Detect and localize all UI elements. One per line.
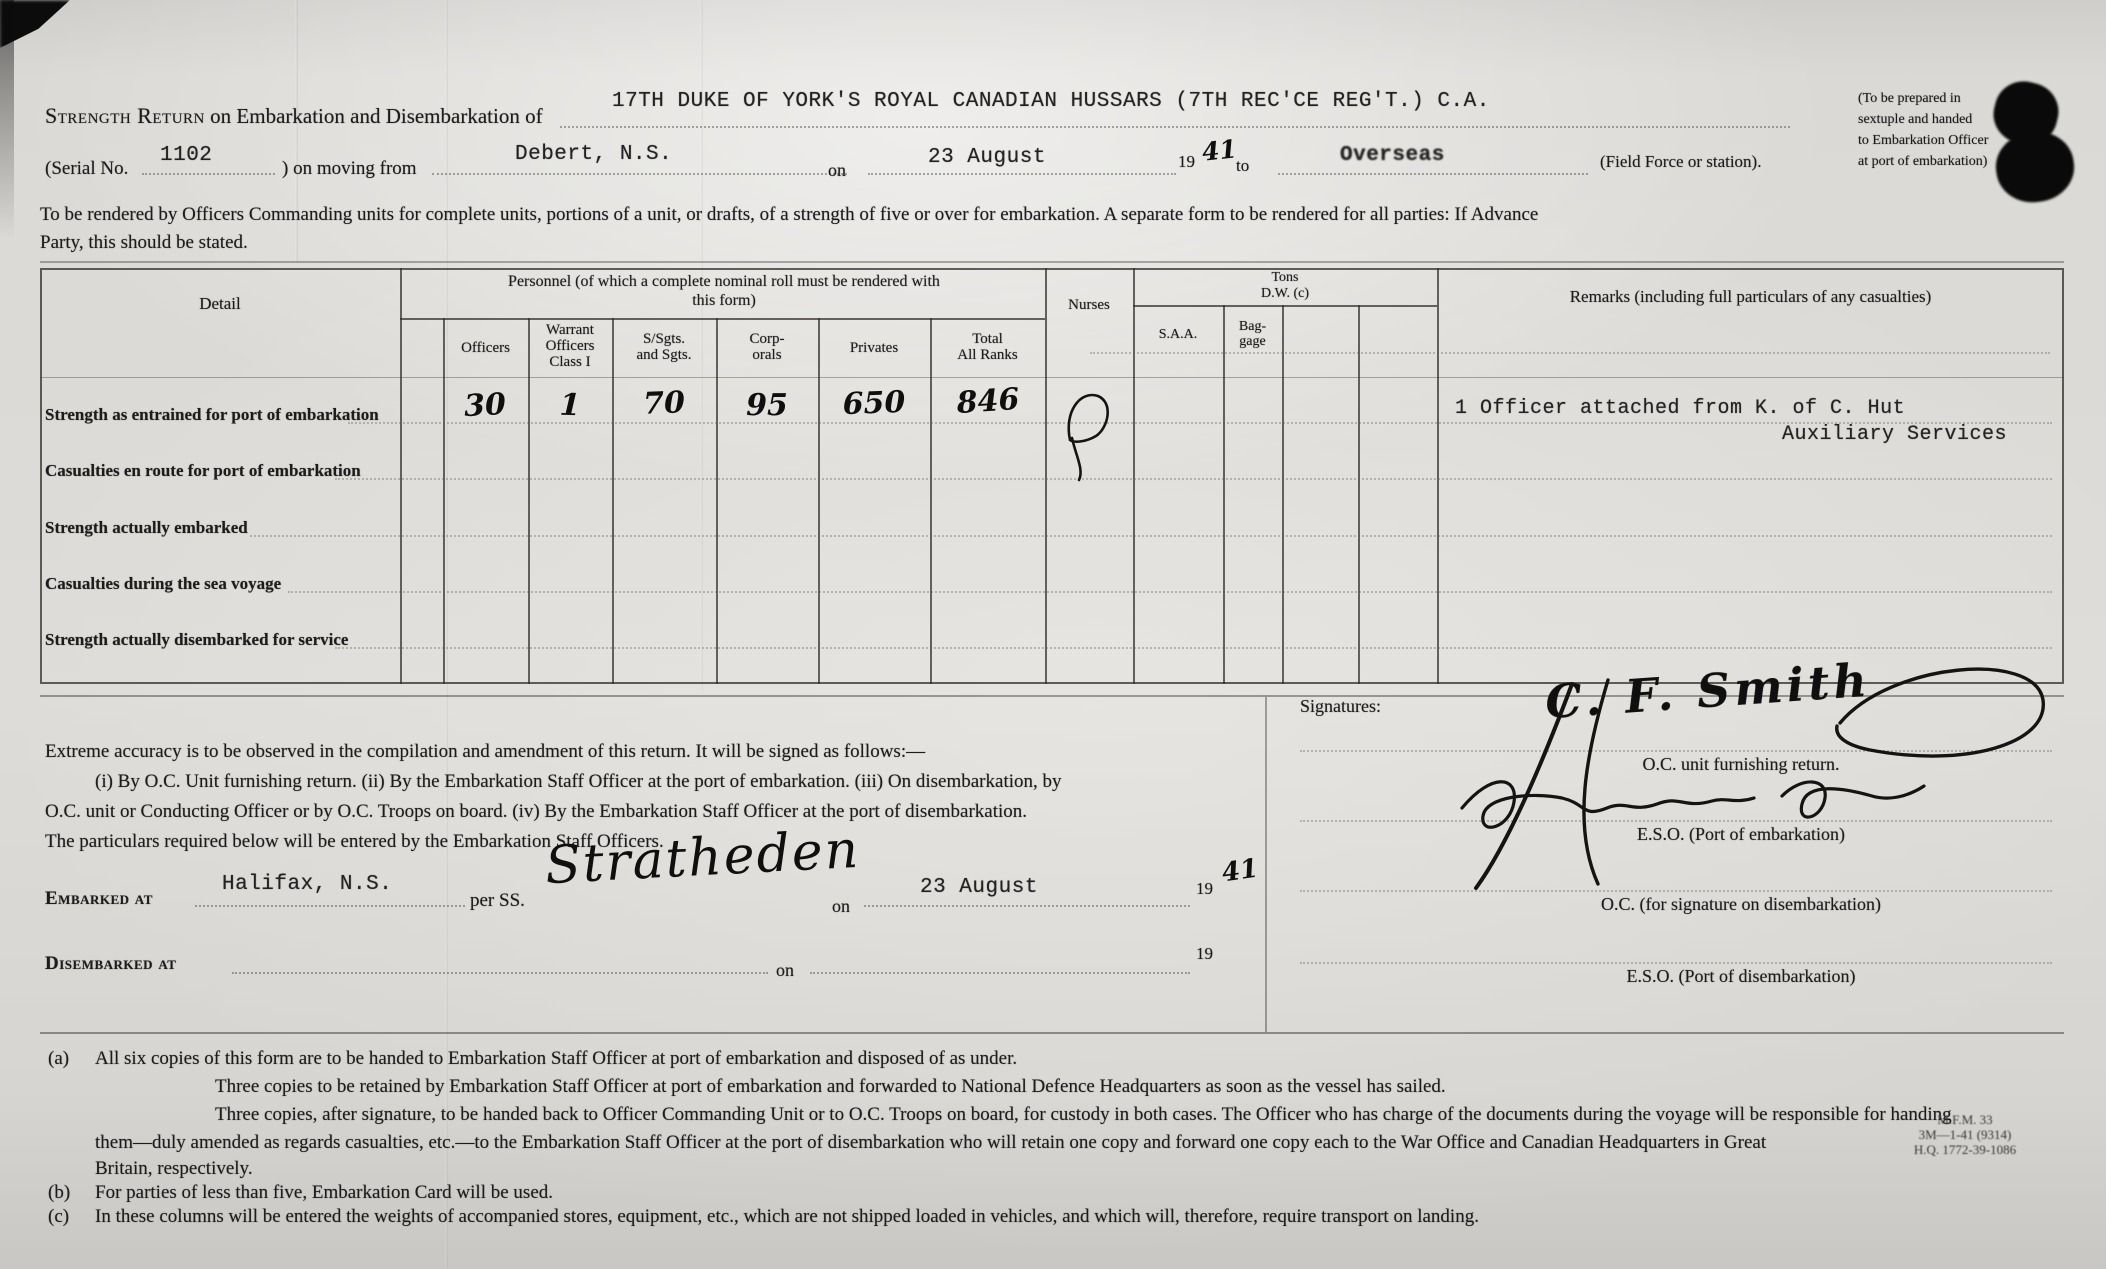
value-corporals: 95 <box>727 388 807 423</box>
detail-header: Detail <box>40 294 400 314</box>
footnote-c-label: (c) <box>48 1206 69 1228</box>
footnote-a-line3: Three copies, after signature, to be han… <box>215 1104 2055 1126</box>
col-header-warrant-officers: Warrant Officers Class I <box>528 322 612 370</box>
signatures-divider <box>1265 697 1267 1032</box>
signature-caption-oc-disembarkation: O.C. (for signature on disembarkation) <box>1430 894 2052 915</box>
footnote-c-line: In these columns will be entered the wei… <box>95 1206 2055 1228</box>
destination-value: Overseas <box>1340 144 1445 167</box>
prepared-note-line: to Embarkation Officer <box>1858 130 2063 151</box>
footnote-b-line: For parties of less than five, Embarkati… <box>95 1182 553 1204</box>
table-line <box>930 318 932 684</box>
value-privates: 650 <box>823 384 924 422</box>
strength-return-form-scan: (To be prepared in sextuple and handed t… <box>0 0 2106 1269</box>
form-imprint: M.F.M. 33 3M—1-41 (9314) H.Q. 1772-39-10… <box>1870 1112 2060 1157</box>
fill-rule <box>868 173 1176 175</box>
decorative-element <box>1069 395 1108 442</box>
row-leader <box>335 478 2052 480</box>
table-line <box>1358 305 1360 684</box>
decorative-element <box>1584 680 1608 884</box>
col-header-officers: Officers <box>443 340 528 356</box>
value-total-all-ranks: 846 <box>937 381 1039 423</box>
scan-edge-shading <box>0 0 14 240</box>
footnote-a-line1: All six copies of this form are to be ha… <box>95 1048 2055 1070</box>
instructions-line1: To be rendered by Officers Commanding un… <box>40 204 1680 226</box>
fill-rule <box>142 173 275 175</box>
embarked-on-label: on <box>832 896 850 917</box>
table-line <box>716 318 718 684</box>
moving-from-value: Debert, N.S. <box>515 143 672 166</box>
moving-from-label: ) on moving from <box>282 158 417 180</box>
instructions-line2: Party, this should be stated. <box>40 232 248 254</box>
saa-header: S.A.A. <box>1133 327 1223 343</box>
table-line <box>1045 268 1047 684</box>
baggage-header: Bag- gage <box>1223 319 1282 349</box>
decorative-element <box>1072 438 1081 480</box>
embarked-year-prefix: 19 <box>1196 879 1213 899</box>
fill-rule <box>195 905 465 907</box>
serial-value: 1102 <box>160 144 212 167</box>
row-leader <box>288 591 2052 593</box>
field-force-label: (Field Force or station). <box>1600 152 1761 172</box>
signature-eso-embarkation-mark <box>1420 676 2000 896</box>
remark-line1: 1 Officer attached from K. of C. Hut <box>1455 397 1905 420</box>
table-line <box>1133 305 1437 307</box>
fill-rule <box>560 126 1790 128</box>
fill-rule <box>1278 173 1588 175</box>
table-line <box>400 318 1045 320</box>
table-line <box>1223 305 1225 684</box>
disembarked-on-label: on <box>776 960 794 981</box>
embarked-place-value: Halifax, N.S. <box>222 873 392 896</box>
remarks-header: Remarks (including full particulars of a… <box>1437 287 2064 307</box>
row-label: Strength as entrained for port of embark… <box>45 405 379 425</box>
unit-title-typed: 17TH DUKE OF YORK'S ROYAL CANADIAN HUSSA… <box>612 90 1490 113</box>
footnotes-rule <box>40 1032 2064 1034</box>
prepared-note: (To be prepared in sextuple and handed t… <box>1858 88 2063 172</box>
signature-caption-eso-disembarkation: E.S.O. (Port of disembarkation) <box>1430 966 2052 987</box>
header-on-label: on <box>828 160 846 181</box>
embarked-year-handwritten: 41 <box>1220 854 1260 889</box>
form-title-label: Strength Return on Embarkation and Disem… <box>45 103 543 129</box>
accuracy-line3: O.C. unit or Conducting Officer or by O.… <box>45 801 1260 823</box>
remark-line2: Auxiliary Services <box>1782 423 2007 446</box>
value-warrant-officers: 1 <box>529 387 610 425</box>
per-ss-label: per SS. <box>470 890 525 912</box>
header-date-value: 23 August <box>928 146 1046 169</box>
table-line <box>400 268 402 684</box>
row-leader <box>250 535 2052 537</box>
col-header-total: Total All Ranks <box>930 331 1045 363</box>
row-label: Strength actually embarked <box>45 518 248 538</box>
remarks-underline <box>1090 352 2050 354</box>
nurses-handwritten-mark <box>1056 382 1120 482</box>
fill-rule <box>864 905 1190 907</box>
footnote-a-line5: Britain, respectively. <box>95 1158 253 1180</box>
footnote-a-line4: them—duly amended as regards casualties,… <box>95 1132 2055 1154</box>
row-label: Strength actually disembarked for servic… <box>45 630 348 650</box>
signature-rule <box>1300 962 2052 964</box>
imprint-line: 3M—1-41 (9314) <box>1870 1127 2060 1142</box>
prepared-note-line: (To be prepared in <box>1858 88 2063 109</box>
row-label: Casualties during the sea voyage <box>45 574 281 594</box>
serial-label: (Serial No. <box>45 158 128 180</box>
fill-rule <box>432 173 847 175</box>
footnote-a-line2: Three copies to be retained by Embarkati… <box>215 1076 2055 1098</box>
footnote-a-label: (a) <box>48 1048 69 1070</box>
footnote-b-label: (b) <box>48 1182 70 1204</box>
row-label: Casualties en route for port of embarkat… <box>45 461 361 481</box>
imprint-line: M.F.M. 33 <box>1870 1112 2060 1127</box>
accuracy-line1: Extreme accuracy is to be observed in th… <box>45 741 1260 763</box>
embarked-date-value: 23 August <box>920 876 1038 899</box>
personnel-header: Personnel (of which a complete nominal r… <box>405 272 1043 310</box>
nurses-header: Nurses <box>1045 297 1133 314</box>
table-line <box>1437 268 1439 684</box>
disembarked-year-prefix: 19 <box>1196 944 1213 964</box>
value-officers: 30 <box>444 386 526 425</box>
col-header-sgts: S/Sgts. and Sgts. <box>612 331 716 363</box>
table-line <box>40 377 2064 378</box>
table-line <box>443 318 445 684</box>
decorative-element <box>1782 782 1924 817</box>
disembarked-at-label: Disembarked at <box>45 953 176 975</box>
prepared-note-line: sextuple and handed <box>1858 109 2063 130</box>
accuracy-line2: (i) By O.C. Unit furnishing return. (ii)… <box>95 771 1260 793</box>
table-line <box>528 318 530 684</box>
decorative-element <box>1462 782 1754 827</box>
value-sgts: 70 <box>623 385 704 423</box>
table-double-rule <box>40 261 2064 263</box>
embarked-at-label: Embarked at <box>45 888 153 910</box>
imprint-line: H.Q. 1772-39-1086 <box>1870 1142 2060 1157</box>
row-leader <box>335 647 2052 649</box>
to-label: to <box>1236 156 1249 176</box>
tons-header: Tons D.W. (c) <box>1133 270 1437 302</box>
col-header-privates: Privates <box>818 340 930 356</box>
form-title-caps: Strength Return <box>45 103 205 128</box>
table-line <box>1282 305 1284 684</box>
year-value-handwritten: 41 <box>1201 134 1239 166</box>
table-line <box>612 318 614 684</box>
fill-rule <box>810 972 1190 974</box>
table-line <box>818 318 820 684</box>
form-title-rest: on Embarkation and Disembarkation of <box>210 104 542 128</box>
prepared-note-line: at port of embarkation) <box>1858 151 2063 172</box>
col-header-corporals: Corp- orals <box>716 331 818 363</box>
fill-rule <box>232 972 768 974</box>
year-prefix: 19 <box>1178 152 1195 172</box>
signatures-label: Signatures: <box>1300 696 1381 717</box>
